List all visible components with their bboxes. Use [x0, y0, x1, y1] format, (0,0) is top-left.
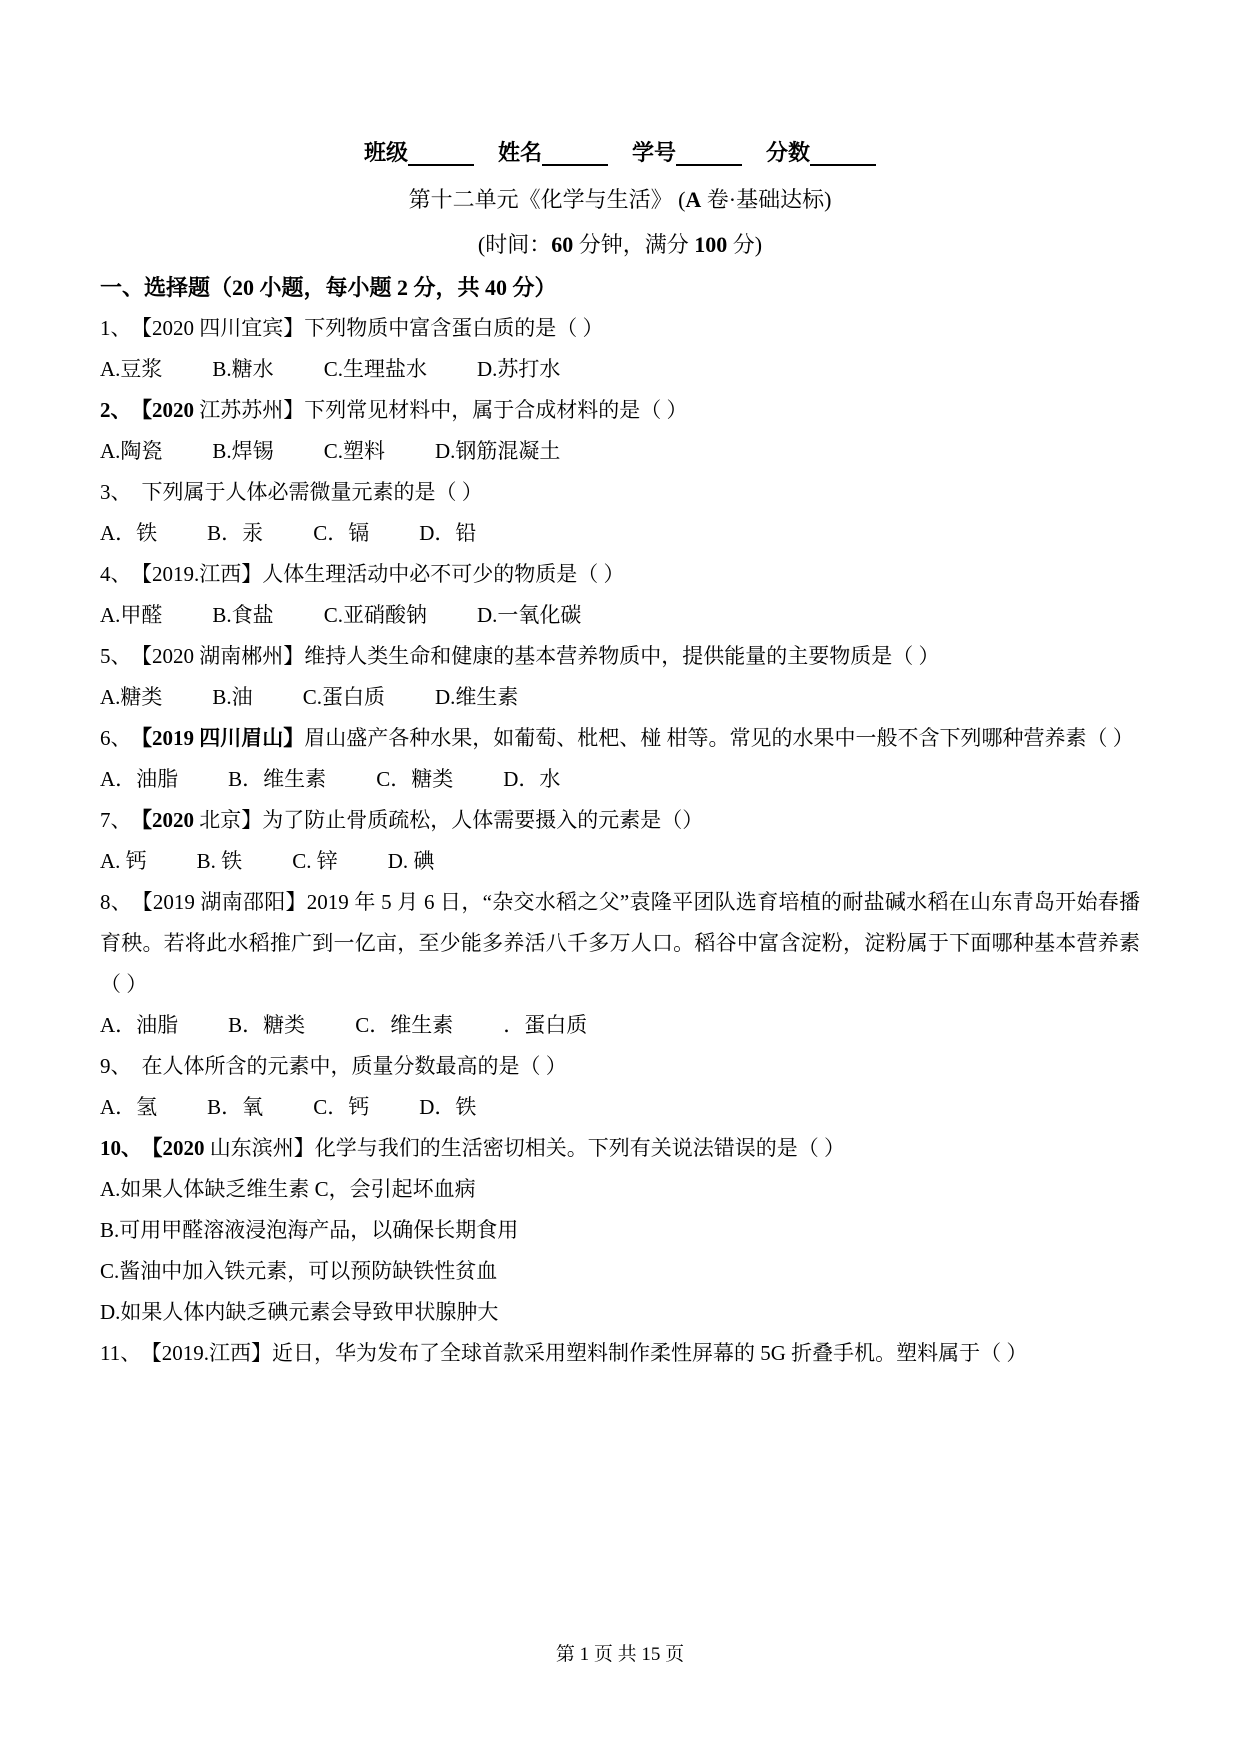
option: B.焊锡 [212, 431, 273, 472]
option: D．铅 [419, 513, 476, 554]
question-stem: 7、【2020 北京】为了防止骨质疏松，人体需要摄入的元素是（） [100, 800, 1140, 841]
options-row: A.糖类B.油C.蛋白质D.维生素 [100, 677, 1140, 718]
question-number: 11、 [100, 1341, 141, 1365]
question-number: 4、 [100, 562, 132, 586]
question-1: 1、【2020 四川宜宾】下列物质中富含蛋白质的是（ ）A.豆浆B.糖水C.生理… [100, 308, 1140, 390]
question-number: 6、 [100, 726, 132, 750]
option: B．维生素 [228, 759, 326, 800]
option: D.苏打水 [477, 349, 560, 390]
option: A．油脂 [100, 1005, 178, 1046]
question-number: 8、 [100, 890, 132, 914]
question-2: 2、【2020 江苏苏州】下列常见材料中，属于合成材料的是（ ）A.陶瓷B.焊锡… [100, 390, 1140, 472]
stem-text: 北京】为了防止骨质疏松，人体需要摄入的元素是（） [194, 808, 703, 832]
question-stem: 6、【2019 四川眉山】眉山盛产各种水果，如葡萄、枇杷、椪 柑等。常见的水果中… [100, 718, 1140, 759]
options-row: A.陶瓷B.焊锡C.塑料D.钢筋混凝土 [100, 431, 1140, 472]
fill-field-2: 姓名 [498, 140, 608, 165]
option: D.如果人体内缺乏碘元素会导致甲状腺肿大 [100, 1292, 1140, 1333]
question-10: 10、【2020 山东滨州】化学与我们的生活密切相关。下列有关说法错误的是（ ）… [100, 1128, 1140, 1333]
option: C．钙 [313, 1087, 369, 1128]
option: A．油脂 [100, 759, 178, 800]
time-label: (时间： [478, 232, 551, 257]
option: A.甲醛 [100, 595, 162, 636]
option: A．铁 [100, 513, 157, 554]
question-stem: 8、【2019 湖南邵阳】2019 年 5 月 6 日，“杂交水稻之父”袁隆平团… [100, 882, 1140, 1005]
time-suffix: 分) [727, 232, 762, 257]
fill-label: 学号 [632, 140, 676, 165]
exam-time-score-line: (时间：60 分钟，满分 100 分) [100, 224, 1140, 265]
stem-text: 【2019.江西】人体生理活动中必不可少的物质是（ ） [142, 562, 625, 586]
option: C. 锌 [292, 841, 338, 882]
question-7: 7、【2020 北京】为了防止骨质疏松，人体需要摄入的元素是（）A. 钙B. 铁… [100, 800, 1140, 882]
options-row: A．氢B．氧C．钙D．铁 [100, 1087, 1140, 1128]
question-number: 3、 [100, 480, 132, 504]
options-row: A. 钙B. 铁C. 锌D. 碘 [100, 841, 1140, 882]
stem-text: 山东滨州】化学与我们的生活密切相关。下列有关说法错误的是（ ） [205, 1136, 846, 1160]
stem-text: 【2020 [152, 1136, 205, 1160]
stem-text: 【2019 四川眉山】 [142, 726, 305, 750]
option: C.塑料 [324, 431, 385, 472]
question-5: 5、【2020 湖南郴州】维持人类生命和健康的基本营养物质中，提供能量的主要物质… [100, 636, 1140, 718]
exam-title-suffix: 卷·基础达标) [701, 187, 831, 212]
option: D.钢筋混凝土 [435, 431, 560, 472]
exam-title-volume: A [685, 187, 701, 212]
option: D. 碘 [388, 841, 435, 882]
option: C.生理盐水 [324, 349, 427, 390]
option: B. 铁 [197, 841, 243, 882]
option: B.食盐 [212, 595, 273, 636]
option: B.可用甲醛溶液浸泡海产品，以确保长期食用 [100, 1210, 1140, 1251]
question-6: 6、【2019 四川眉山】眉山盛产各种水果，如葡萄、枇杷、椪 柑等。常见的水果中… [100, 718, 1140, 800]
question-stem: 2、【2020 江苏苏州】下列常见材料中，属于合成材料的是（ ） [100, 390, 1140, 431]
option: C.亚硝酸钠 [324, 595, 427, 636]
time-mid: 分钟，满分 [573, 232, 694, 257]
stem-text: 【2020 [142, 398, 195, 422]
fill-blank [542, 164, 608, 166]
option: ．蛋白质 [503, 1005, 587, 1046]
fill-blank [408, 164, 474, 166]
question-number: 1、 [100, 316, 132, 340]
fill-field-1: 班级 [364, 140, 474, 165]
question-stem: 9、在人体所含的元素中，质量分数最高的是（ ） [100, 1046, 1140, 1087]
stem-text: 【2019 湖南邵阳】2019 年 5 月 6 日，“杂交水稻之父”袁隆平团队选… [100, 890, 1140, 996]
option: A．氢 [100, 1087, 157, 1128]
option: B．氧 [207, 1087, 263, 1128]
option: B.油 [212, 677, 252, 718]
fill-field-3: 学号 [632, 140, 742, 165]
options-row: A．油脂B．维生素C．糖类D．水 [100, 759, 1140, 800]
time-minutes: 60 [551, 232, 573, 257]
question-list: 1、【2020 四川宜宾】下列物质中富含蛋白质的是（ ）A.豆浆B.糖水C.生理… [100, 308, 1140, 1374]
fill-blank [810, 164, 876, 166]
student-info-line: 班级姓名学号分数 [100, 132, 1140, 173]
question-4: 4、【2019.江西】人体生理活动中必不可少的物质是（ ）A.甲醛B.食盐C.亚… [100, 554, 1140, 636]
option: D．水 [503, 759, 560, 800]
option: D．铁 [419, 1087, 476, 1128]
option: A.糖类 [100, 677, 162, 718]
fill-label: 分数 [766, 140, 810, 165]
question-number: 2、 [100, 398, 132, 422]
option: D.一氧化碳 [477, 595, 581, 636]
question-stem: 1、【2020 四川宜宾】下列物质中富含蛋白质的是（ ） [100, 308, 1140, 349]
question-stem: 5、【2020 湖南郴州】维持人类生命和健康的基本营养物质中，提供能量的主要物质… [100, 636, 1140, 677]
stem-text: 【2019.江西】近日，华为发布了全球首款采用塑料制作柔性屏幕的 5G 折叠手机… [151, 1341, 1027, 1365]
stem-text: 眉山盛产各种水果，如葡萄、枇杷、椪 柑等。常见的水果中一般不含下列哪种营养素（ … [304, 726, 1134, 750]
question-number: 10、 [100, 1136, 142, 1160]
question-8: 8、【2019 湖南邵阳】2019 年 5 月 6 日，“杂交水稻之父”袁隆平团… [100, 882, 1140, 1046]
stem-text: 江苏苏州】下列常见材料中，属于合成材料的是（ ） [194, 398, 688, 422]
question-number: 9、 [100, 1054, 132, 1078]
question-stem: 3、下列属于人体必需微量元素的是（ ） [100, 472, 1140, 513]
full-score: 100 [694, 232, 727, 257]
option: B.糖水 [212, 349, 273, 390]
option: B．汞 [207, 513, 263, 554]
question-stem: 11、【2019.江西】近日，华为发布了全球首款采用塑料制作柔性屏幕的 5G 折… [100, 1333, 1140, 1374]
exam-title-text: 第十二单元《化学与生活》 ( [409, 187, 686, 212]
stem-text: 【2020 四川宜宾】下列物质中富含蛋白质的是（ ） [142, 316, 604, 340]
question-9: 9、在人体所含的元素中，质量分数最高的是（ ）A．氢B．氧C．钙D．铁 [100, 1046, 1140, 1128]
question-3: 3、下列属于人体必需微量元素的是（ ）A．铁B．汞C．镉D．铅 [100, 472, 1140, 554]
stem-text: 在人体所含的元素中，质量分数最高的是（ ） [142, 1054, 567, 1078]
option: B．糖类 [228, 1005, 305, 1046]
option: C．维生素 [355, 1005, 453, 1046]
option: A.陶瓷 [100, 431, 162, 472]
option: C.酱油中加入铁元素，可以预防缺铁性贫血 [100, 1251, 1140, 1292]
question-number: 7、 [100, 808, 132, 832]
option: C．镉 [313, 513, 369, 554]
fill-field-4: 分数 [766, 140, 876, 165]
fill-label: 姓名 [498, 140, 542, 165]
stem-text: 【2020 [142, 808, 195, 832]
exam-title: 第十二单元《化学与生活》 (A 卷·基础达标) [100, 179, 1140, 220]
page-footer: 第 1 页 共 15 页 [0, 1640, 1240, 1670]
stem-text: 【2020 湖南郴州】维持人类生命和健康的基本营养物质中，提供能量的主要物质是（… [142, 644, 940, 668]
option: A.如果人体缺乏维生素 C，会引起坏血病 [100, 1169, 1140, 1210]
stem-text: 下列属于人体必需微量元素的是（ ） [142, 480, 483, 504]
options-row: A．铁B．汞C．镉D．铅 [100, 513, 1140, 554]
options-row: A.豆浆B.糖水C.生理盐水D.苏打水 [100, 349, 1140, 390]
options-row: A．油脂B．糖类C．维生素．蛋白质 [100, 1005, 1140, 1046]
option: A. 钙 [100, 841, 147, 882]
option: C．糖类 [376, 759, 453, 800]
section-heading: 一、选择题（20 小题，每小题 2 分，共 40 分） [100, 267, 1140, 308]
fill-label: 班级 [364, 140, 408, 165]
option: C.蛋白质 [303, 677, 385, 718]
fill-blank [676, 164, 742, 166]
option: A.豆浆 [100, 349, 162, 390]
question-11: 11、【2019.江西】近日，华为发布了全球首款采用塑料制作柔性屏幕的 5G 折… [100, 1333, 1140, 1374]
question-stem: 10、【2020 山东滨州】化学与我们的生活密切相关。下列有关说法错误的是（ ） [100, 1128, 1140, 1169]
option: D.维生素 [435, 677, 518, 718]
options-row: A.甲醛B.食盐C.亚硝酸钠D.一氧化碳 [100, 595, 1140, 636]
question-stem: 4、【2019.江西】人体生理活动中必不可少的物质是（ ） [100, 554, 1140, 595]
question-number: 5、 [100, 644, 132, 668]
exam-page: 班级姓名学号分数 第十二单元《化学与生活》 (A 卷·基础达标) (时间：60 … [0, 0, 1240, 1754]
